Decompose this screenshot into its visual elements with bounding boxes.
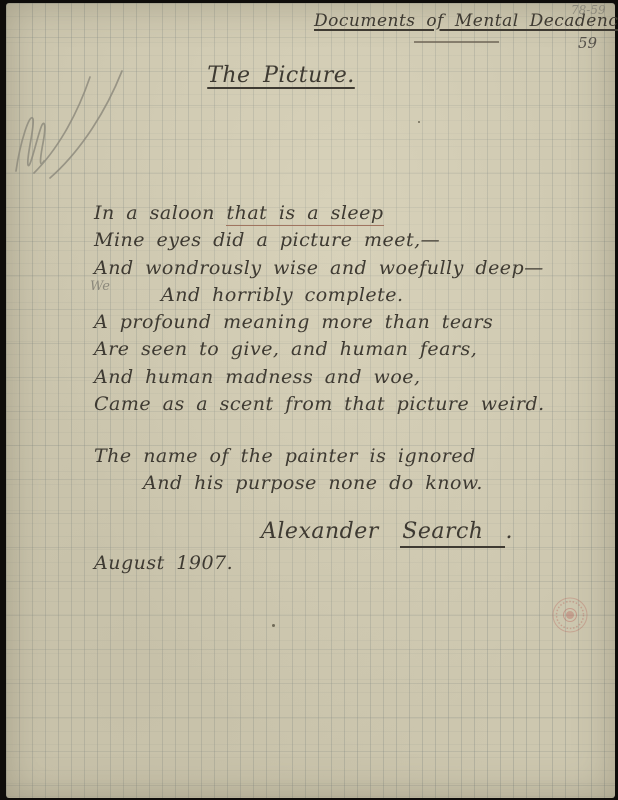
poem-line: The name of the painter is ignored: [94, 443, 483, 470]
poem-line: And human madness and woe,: [94, 364, 545, 391]
poem-line: And horribly complete.: [161, 282, 545, 309]
poem-line: And wondrously wise and woefully deep—: [94, 255, 545, 282]
signature-last-name: Search: [400, 519, 505, 548]
header-underline: [414, 41, 499, 43]
signature-period: .: [505, 519, 513, 544]
poem-line: In a saloon that is a sleep: [94, 200, 545, 227]
date-line: August 1907.: [94, 552, 233, 574]
poem-line: And his purpose none do know.: [143, 470, 483, 497]
poem-title: The Picture.: [166, 63, 396, 88]
paper-speck: [418, 121, 420, 123]
archival-number: 78-59: [571, 3, 606, 17]
page-number: 59: [578, 34, 597, 52]
manuscript-paper: Documents of Mental Decadence— 78-59 59 …: [6, 3, 615, 798]
poem-line-text: In a saloon: [94, 202, 226, 224]
pencil-variant-note: We: [90, 279, 110, 294]
underlined-phrase: that is a sleep: [226, 202, 383, 226]
poem-line: Are seen to give, and human fears,: [94, 336, 545, 363]
poem-line: A profound meaning more than tears: [94, 309, 545, 336]
signature-first-name: Alexander: [261, 519, 379, 544]
poem-stanza-1: In a saloon that is a sleep Mine eyes di…: [94, 200, 545, 418]
pencil-scribble-mark: [6, 63, 136, 188]
poem-line: Came as a scent from that picture weird.: [94, 391, 545, 418]
author-signature: Alexander Search.: [261, 519, 513, 548]
library-stamp: [550, 595, 590, 635]
poem-stanza-2: The name of the painter is ignored And h…: [94, 443, 483, 498]
paper-speck: [272, 624, 275, 627]
poem-line: Mine eyes did a picture meet,—: [94, 227, 545, 254]
